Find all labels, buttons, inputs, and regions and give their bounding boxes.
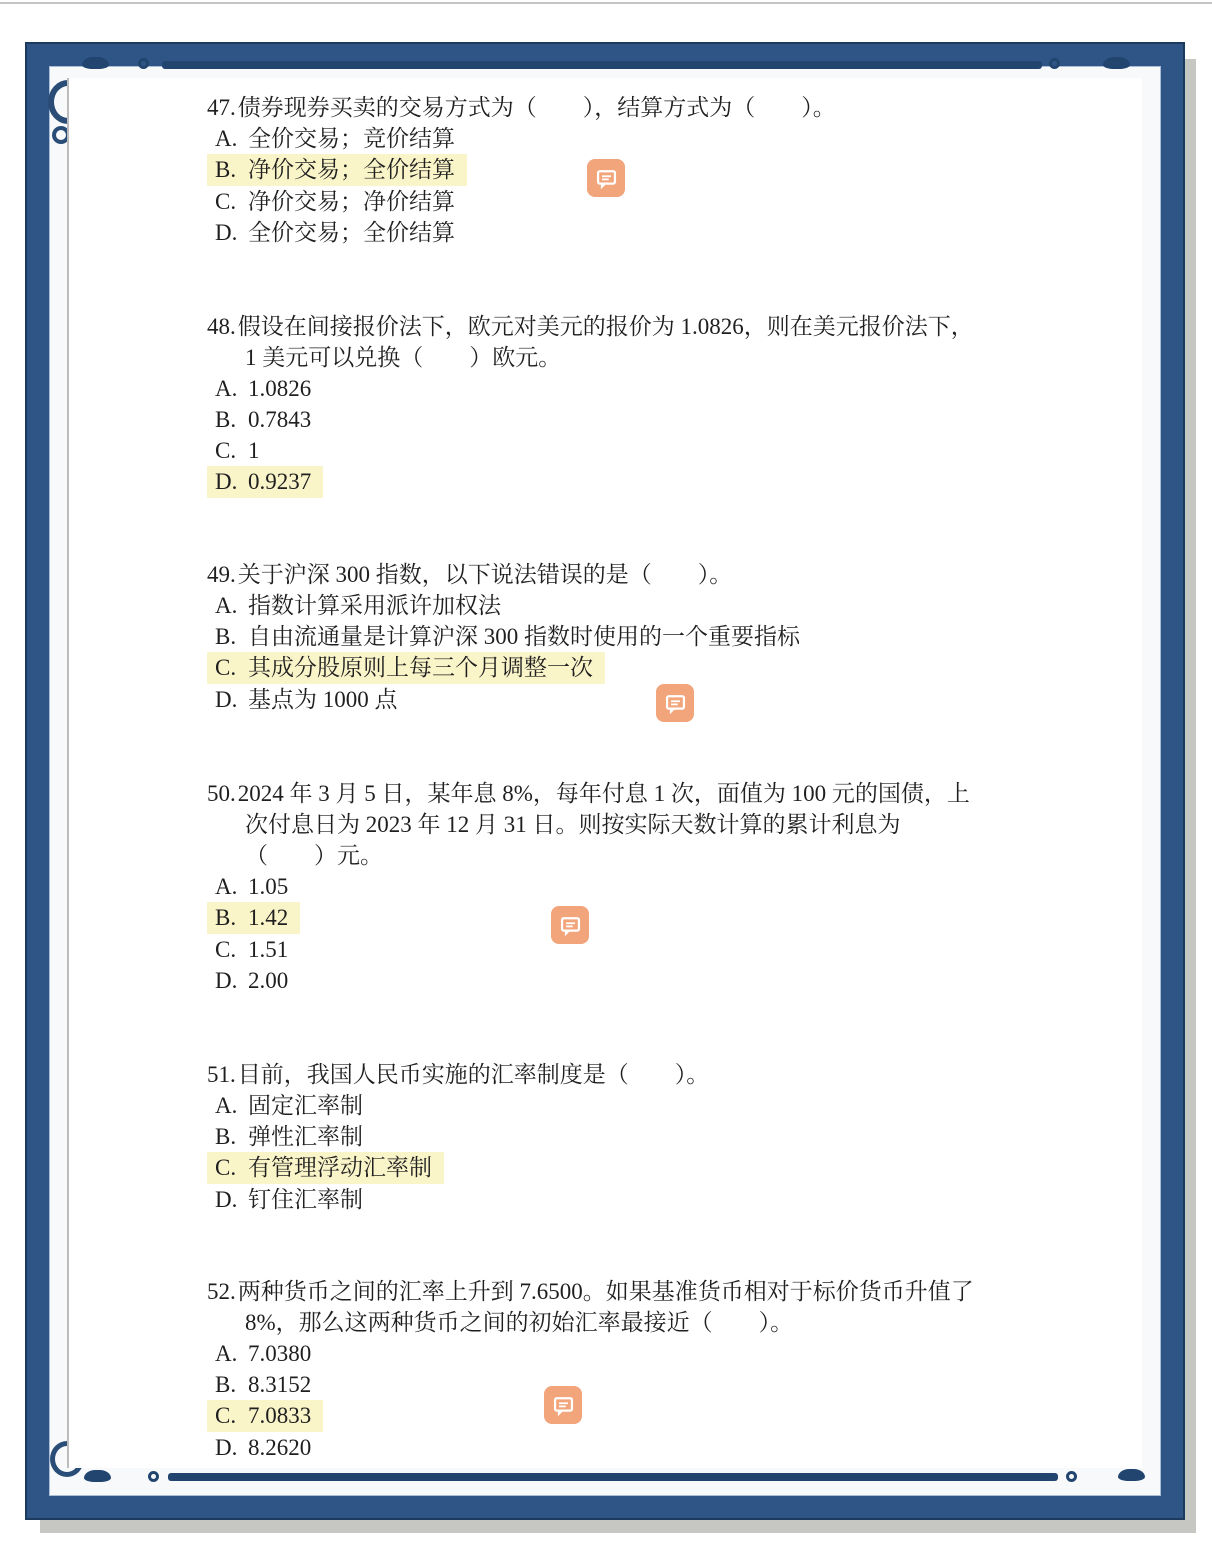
option-text: 7.0380 bbox=[248, 1341, 311, 1366]
option-letter: B. bbox=[215, 154, 248, 185]
option-letter: D. bbox=[215, 1432, 248, 1463]
option-letter: B. bbox=[215, 1121, 248, 1152]
option-51-B: B.弹性汇率制 bbox=[207, 1121, 709, 1152]
comment-icon-q47[interactable] bbox=[587, 159, 625, 197]
option-text: 8.3152 bbox=[248, 1372, 311, 1397]
option-letter: B. bbox=[215, 902, 248, 933]
question-stem-text: 债券现券买卖的交易方式为（ ），结算方式为（ ）。 bbox=[238, 95, 836, 120]
option-49-C: C.其成分股原则上每三个月调整一次 bbox=[207, 652, 800, 684]
question-stem-line: 50.2024 年 3 月 5 日，某年息 8%，每年付息 1 次，面值为 10… bbox=[207, 778, 970, 809]
ornament-top-left-crescent bbox=[82, 57, 109, 69]
option-49-B: B.自由流通量是计算沪深 300 指数时使用的一个重要指标 bbox=[207, 621, 800, 652]
option-47-B: B.净价交易；全价结算 bbox=[207, 154, 836, 186]
option-51-C: C.有管理浮动汇率制 bbox=[207, 1152, 709, 1184]
decorative-rule-bottom bbox=[168, 1473, 1058, 1481]
option-content: D.基点为 1000 点 bbox=[215, 684, 398, 715]
option-letter: C. bbox=[215, 652, 248, 683]
option-text: 1.51 bbox=[248, 937, 288, 962]
question-51: 51.目前，我国人民币实施的汇率制度是（ ）。A.固定汇率制B.弹性汇率制C.有… bbox=[207, 1059, 709, 1215]
question-47: 47.债券现券买卖的交易方式为（ ），结算方式为（ ）。A.全价交易；竞价结算B… bbox=[207, 92, 836, 248]
question-stem-line: 47.债券现券买卖的交易方式为（ ），结算方式为（ ）。 bbox=[207, 92, 836, 123]
option-51-D: D.钉住汇率制 bbox=[207, 1184, 709, 1215]
option-52-C: C.7.0833 bbox=[207, 1400, 974, 1432]
comment-icon-q52[interactable] bbox=[544, 1386, 582, 1424]
option-letter: C. bbox=[215, 435, 248, 466]
question-stem-line: 1 美元可以兑换（ ）欧元。 bbox=[207, 342, 974, 373]
ornament-bottom-right-crescent bbox=[1118, 1469, 1145, 1481]
question-48: 48.假设在间接报价法下，欧元对美元的报价为 1.0826，则在美元报价法下，1… bbox=[207, 311, 974, 498]
option-content: A.全价交易；竞价结算 bbox=[215, 123, 455, 154]
question-stem-line: （ ）元。 bbox=[207, 840, 970, 871]
question-stem-line: 48.假设在间接报价法下，欧元对美元的报价为 1.0826，则在美元报价法下， bbox=[207, 311, 974, 342]
option-text: 全价交易；竞价结算 bbox=[248, 126, 455, 151]
question-52: 52.两种货币之间的汇率上升到 7.6500。如果基准货币相对于标价货币升值了8… bbox=[207, 1276, 974, 1463]
option-content: B.自由流通量是计算沪深 300 指数时使用的一个重要指标 bbox=[215, 621, 800, 652]
option-letter: D. bbox=[215, 217, 248, 248]
option-48-A: A.1.0826 bbox=[207, 373, 974, 404]
option-letter: D. bbox=[215, 1184, 248, 1215]
exam-page: 47.债券现券买卖的交易方式为（ ），结算方式为（ ）。A.全价交易；竞价结算B… bbox=[67, 78, 1142, 1468]
option-letter: B. bbox=[215, 1369, 248, 1400]
question-stem-text: 假设在间接报价法下，欧元对美元的报价为 1.0826，则在美元报价法下， bbox=[238, 314, 974, 339]
option-text: 指数计算采用派许加权法 bbox=[248, 593, 501, 618]
document-viewer: 47.债券现券买卖的交易方式为（ ），结算方式为（ ）。A.全价交易；竞价结算B… bbox=[0, 0, 1212, 1550]
ornament-bottom-right-dot bbox=[1066, 1471, 1077, 1482]
option-text: 1.0826 bbox=[248, 376, 311, 401]
option-text: 固定汇率制 bbox=[248, 1093, 363, 1118]
option-47-C: C.净价交易；净价结算 bbox=[207, 186, 836, 217]
option-48-D: D.0.9237 bbox=[207, 466, 974, 498]
option-text: 2.00 bbox=[248, 968, 288, 993]
question-number: 47. bbox=[207, 95, 236, 120]
question-stem-line: 49.关于沪深 300 指数，以下说法错误的是（ ）。 bbox=[207, 559, 800, 590]
question-number: 49. bbox=[207, 562, 236, 587]
question-number: 51. bbox=[207, 1062, 236, 1087]
option-50-D: D.2.00 bbox=[207, 965, 970, 996]
question-stem-text: 目前，我国人民币实施的汇率制度是（ ）。 bbox=[238, 1062, 710, 1087]
option-text: 基点为 1000 点 bbox=[248, 687, 398, 712]
option-letter: A. bbox=[215, 590, 248, 621]
question-stem-line: 次付息日为 2023 年 12 月 31 日。则按实际天数计算的累计利息为 bbox=[207, 809, 970, 840]
option-content: A.指数计算采用派许加权法 bbox=[215, 590, 501, 621]
option-text: 1.42 bbox=[248, 905, 288, 930]
question-stem-line: 8%，那么这两种货币之间的初始汇率最接近（ ）。 bbox=[207, 1307, 974, 1338]
question-stem-text: 2024 年 3 月 5 日，某年息 8%，每年付息 1 次，面值为 100 元… bbox=[238, 781, 970, 806]
option-letter: C. bbox=[215, 934, 248, 965]
question-50: 50.2024 年 3 月 5 日，某年息 8%，每年付息 1 次，面值为 10… bbox=[207, 778, 970, 996]
option-content: D.钉住汇率制 bbox=[215, 1184, 363, 1215]
option-49-D: D.基点为 1000 点 bbox=[207, 684, 800, 715]
comment-icon-q50[interactable] bbox=[551, 906, 589, 944]
ornament-bottom-left-dot bbox=[148, 1471, 159, 1482]
option-letter: A. bbox=[215, 1338, 248, 1369]
option-text: 0.9237 bbox=[248, 469, 311, 494]
option-51-A: A.固定汇率制 bbox=[207, 1090, 709, 1121]
option-52-D: D.8.2620 bbox=[207, 1432, 974, 1463]
question-stem-text: （ ）元。 bbox=[245, 843, 383, 868]
highlighted-answer: D.0.9237 bbox=[207, 466, 323, 498]
option-content: A.固定汇率制 bbox=[215, 1090, 363, 1121]
option-text: 0.7843 bbox=[248, 407, 311, 432]
option-content: A.1.0826 bbox=[215, 373, 311, 404]
option-48-C: C.1 bbox=[207, 435, 974, 466]
option-letter: C. bbox=[215, 1400, 248, 1431]
question-stem-line: 52.两种货币之间的汇率上升到 7.6500。如果基准货币相对于标价货币升值了 bbox=[207, 1276, 974, 1307]
question-stem-text: 关于沪深 300 指数，以下说法错误的是（ ）。 bbox=[238, 562, 733, 587]
option-letter: A. bbox=[215, 123, 248, 154]
speech-bubble-glyph bbox=[662, 690, 689, 717]
highlighted-answer: C.7.0833 bbox=[207, 1400, 323, 1432]
option-content: D.全价交易；全价结算 bbox=[215, 217, 455, 248]
option-letter: A. bbox=[215, 373, 248, 404]
ornament-top-right-dot bbox=[1049, 58, 1060, 69]
option-content: D.2.00 bbox=[215, 965, 288, 996]
option-letter: D. bbox=[215, 466, 248, 497]
option-letter: D. bbox=[215, 684, 248, 715]
option-letter: B. bbox=[215, 621, 248, 652]
option-content: A.1.05 bbox=[215, 871, 288, 902]
option-content: C.净价交易；净价结算 bbox=[215, 186, 455, 217]
question-number: 50. bbox=[207, 781, 236, 806]
question-stem-text: 1 美元可以兑换（ ）欧元。 bbox=[245, 345, 561, 370]
highlighted-answer: B.净价交易；全价结算 bbox=[207, 154, 467, 186]
option-letter: D. bbox=[215, 965, 248, 996]
option-52-B: B.8.3152 bbox=[207, 1369, 974, 1400]
option-52-A: A.7.0380 bbox=[207, 1338, 974, 1369]
comment-icon-q49[interactable] bbox=[656, 684, 694, 722]
question-number: 52. bbox=[207, 1279, 236, 1304]
option-50-A: A.1.05 bbox=[207, 871, 970, 902]
option-letter: A. bbox=[215, 1090, 248, 1121]
option-48-B: B.0.7843 bbox=[207, 404, 974, 435]
option-text: 净价交易；全价结算 bbox=[248, 157, 455, 182]
decorative-rule-top bbox=[162, 61, 1042, 69]
option-49-A: A.指数计算采用派许加权法 bbox=[207, 590, 800, 621]
ornament-top-right-crescent bbox=[1103, 57, 1130, 69]
option-47-D: D.全价交易；全价结算 bbox=[207, 217, 836, 248]
ornament-bottom-left-crescent bbox=[84, 1470, 111, 1482]
highlighted-answer: C.其成分股原则上每三个月调整一次 bbox=[207, 652, 605, 684]
option-text: 1.05 bbox=[248, 874, 288, 899]
speech-bubble-glyph bbox=[593, 165, 620, 192]
option-letter: C. bbox=[215, 186, 248, 217]
highlighted-answer: C.有管理浮动汇率制 bbox=[207, 1152, 444, 1184]
speech-bubble-glyph bbox=[557, 912, 584, 939]
option-content: D.8.2620 bbox=[215, 1432, 311, 1463]
option-text: 有管理浮动汇率制 bbox=[248, 1155, 432, 1180]
option-text: 7.0833 bbox=[248, 1403, 311, 1428]
speech-bubble-glyph bbox=[550, 1392, 577, 1419]
option-text: 自由流通量是计算沪深 300 指数时使用的一个重要指标 bbox=[248, 624, 800, 649]
ornament-top-left-dot bbox=[138, 58, 149, 69]
option-letter: A. bbox=[215, 871, 248, 902]
option-content: C.1.51 bbox=[215, 934, 288, 965]
question-stem-text: 8%，那么这两种货币之间的初始汇率最接近（ ）。 bbox=[245, 1310, 793, 1335]
question-stem-text: 两种货币之间的汇率上升到 7.6500。如果基准货币相对于标价货币升值了 bbox=[238, 1279, 974, 1304]
option-text: 弹性汇率制 bbox=[248, 1124, 363, 1149]
question-number: 48. bbox=[207, 314, 236, 339]
option-text: 全价交易；全价结算 bbox=[248, 220, 455, 245]
option-content: B.8.3152 bbox=[215, 1369, 311, 1400]
option-content: B.0.7843 bbox=[215, 404, 311, 435]
option-letter: C. bbox=[215, 1152, 248, 1183]
option-text: 钉住汇率制 bbox=[248, 1187, 363, 1212]
option-text: 净价交易；净价结算 bbox=[248, 189, 455, 214]
option-47-A: A.全价交易；竞价结算 bbox=[207, 123, 836, 154]
question-stem-line: 51.目前，我国人民币实施的汇率制度是（ ）。 bbox=[207, 1059, 709, 1090]
option-text: 其成分股原则上每三个月调整一次 bbox=[248, 655, 593, 680]
highlighted-answer: B.1.42 bbox=[207, 902, 300, 934]
question-49: 49.关于沪深 300 指数，以下说法错误的是（ ）。A.指数计算采用派许加权法… bbox=[207, 559, 800, 715]
option-text: 1 bbox=[248, 438, 260, 463]
option-content: B.弹性汇率制 bbox=[215, 1121, 363, 1152]
option-content: A.7.0380 bbox=[215, 1338, 311, 1369]
option-content: C.1 bbox=[215, 435, 260, 466]
option-text: 8.2620 bbox=[248, 1435, 311, 1460]
option-letter: B. bbox=[215, 404, 248, 435]
question-stem-text: 次付息日为 2023 年 12 月 31 日。则按实际天数计算的累计利息为 bbox=[245, 812, 901, 837]
